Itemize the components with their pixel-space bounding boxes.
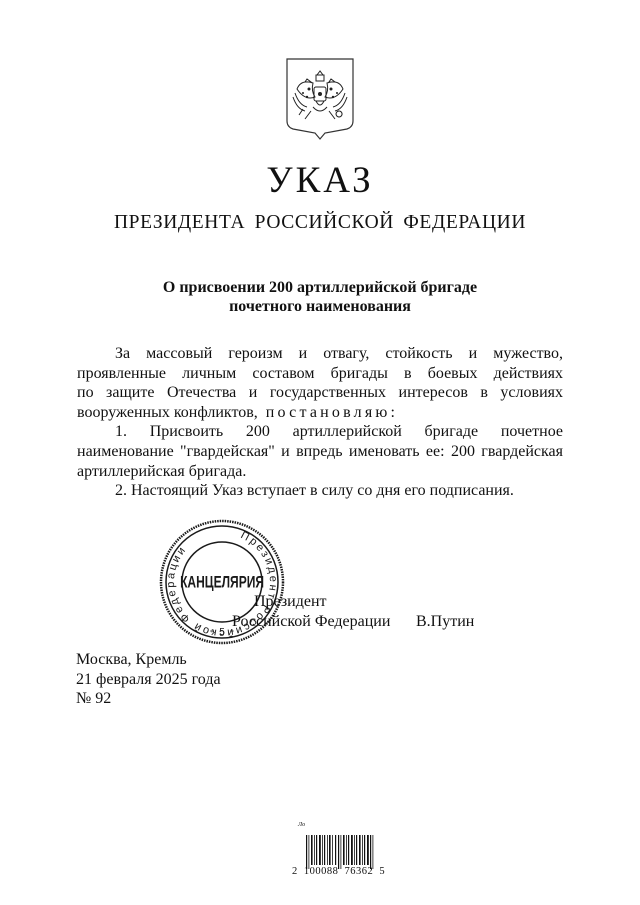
preamble-last-line: вооруженных конфликтов, постановляю: (77, 403, 563, 423)
signature-title-line: Президент (232, 592, 390, 612)
document-subtitle: ПРЕЗИДЕНТА РОССИЙСКОЙ ФЕДЕРАЦИИ (0, 211, 640, 235)
signatory-name: В.Путин (416, 612, 474, 632)
decree-heading: О присвоении 200 артиллерийской бригаде … (0, 278, 640, 316)
item-line: артиллерийская бригада. (77, 462, 563, 482)
coat-of-arms-icon (283, 57, 357, 141)
item-line: наименование "гвардейская" и впредь имен… (77, 442, 563, 462)
item-line: 1. Присвоить 200 артиллерийской бригаде … (77, 422, 563, 442)
stamp-center-text: КАНЦЕЛЯРИЯ (180, 574, 264, 592)
signature-title-line: Российской Федерации (232, 612, 390, 632)
preamble-line: по защите Отечества и государственных ин… (77, 383, 563, 403)
barcode-digits: 2 100088 76362 5 (292, 866, 385, 877)
issue-place: Москва, Кремль (76, 650, 221, 670)
item-line: 2. Настоящий Указ вступает в силу со дня… (77, 481, 563, 501)
preamble-line: проявленные личным составом бригады в бо… (77, 364, 563, 384)
resolve-word: постановляю: (266, 404, 398, 421)
preamble-line: вооруженных конфликтов, (77, 404, 258, 421)
preamble-line: За массовый героизм и отвагу, стойкость … (77, 344, 563, 364)
heading-line: О присвоении 200 артиллерийской бригаде (0, 278, 640, 297)
decree-number: № 92 (76, 689, 221, 709)
issue-info: Москва, Кремль 21 февраля 2025 года № 92 (76, 650, 221, 709)
issue-date: 21 февраля 2025 года (76, 670, 221, 690)
stamp-number: 5 (219, 627, 225, 638)
signature-title: Президент Российской Федерации (232, 592, 390, 632)
heading-line: почетного наименования (0, 297, 640, 316)
decree-body: За массовый героизм и отвагу, стойкость … (77, 344, 563, 501)
document-title: УКАЗ (0, 160, 640, 202)
stamp-star-icon: * (210, 628, 214, 637)
